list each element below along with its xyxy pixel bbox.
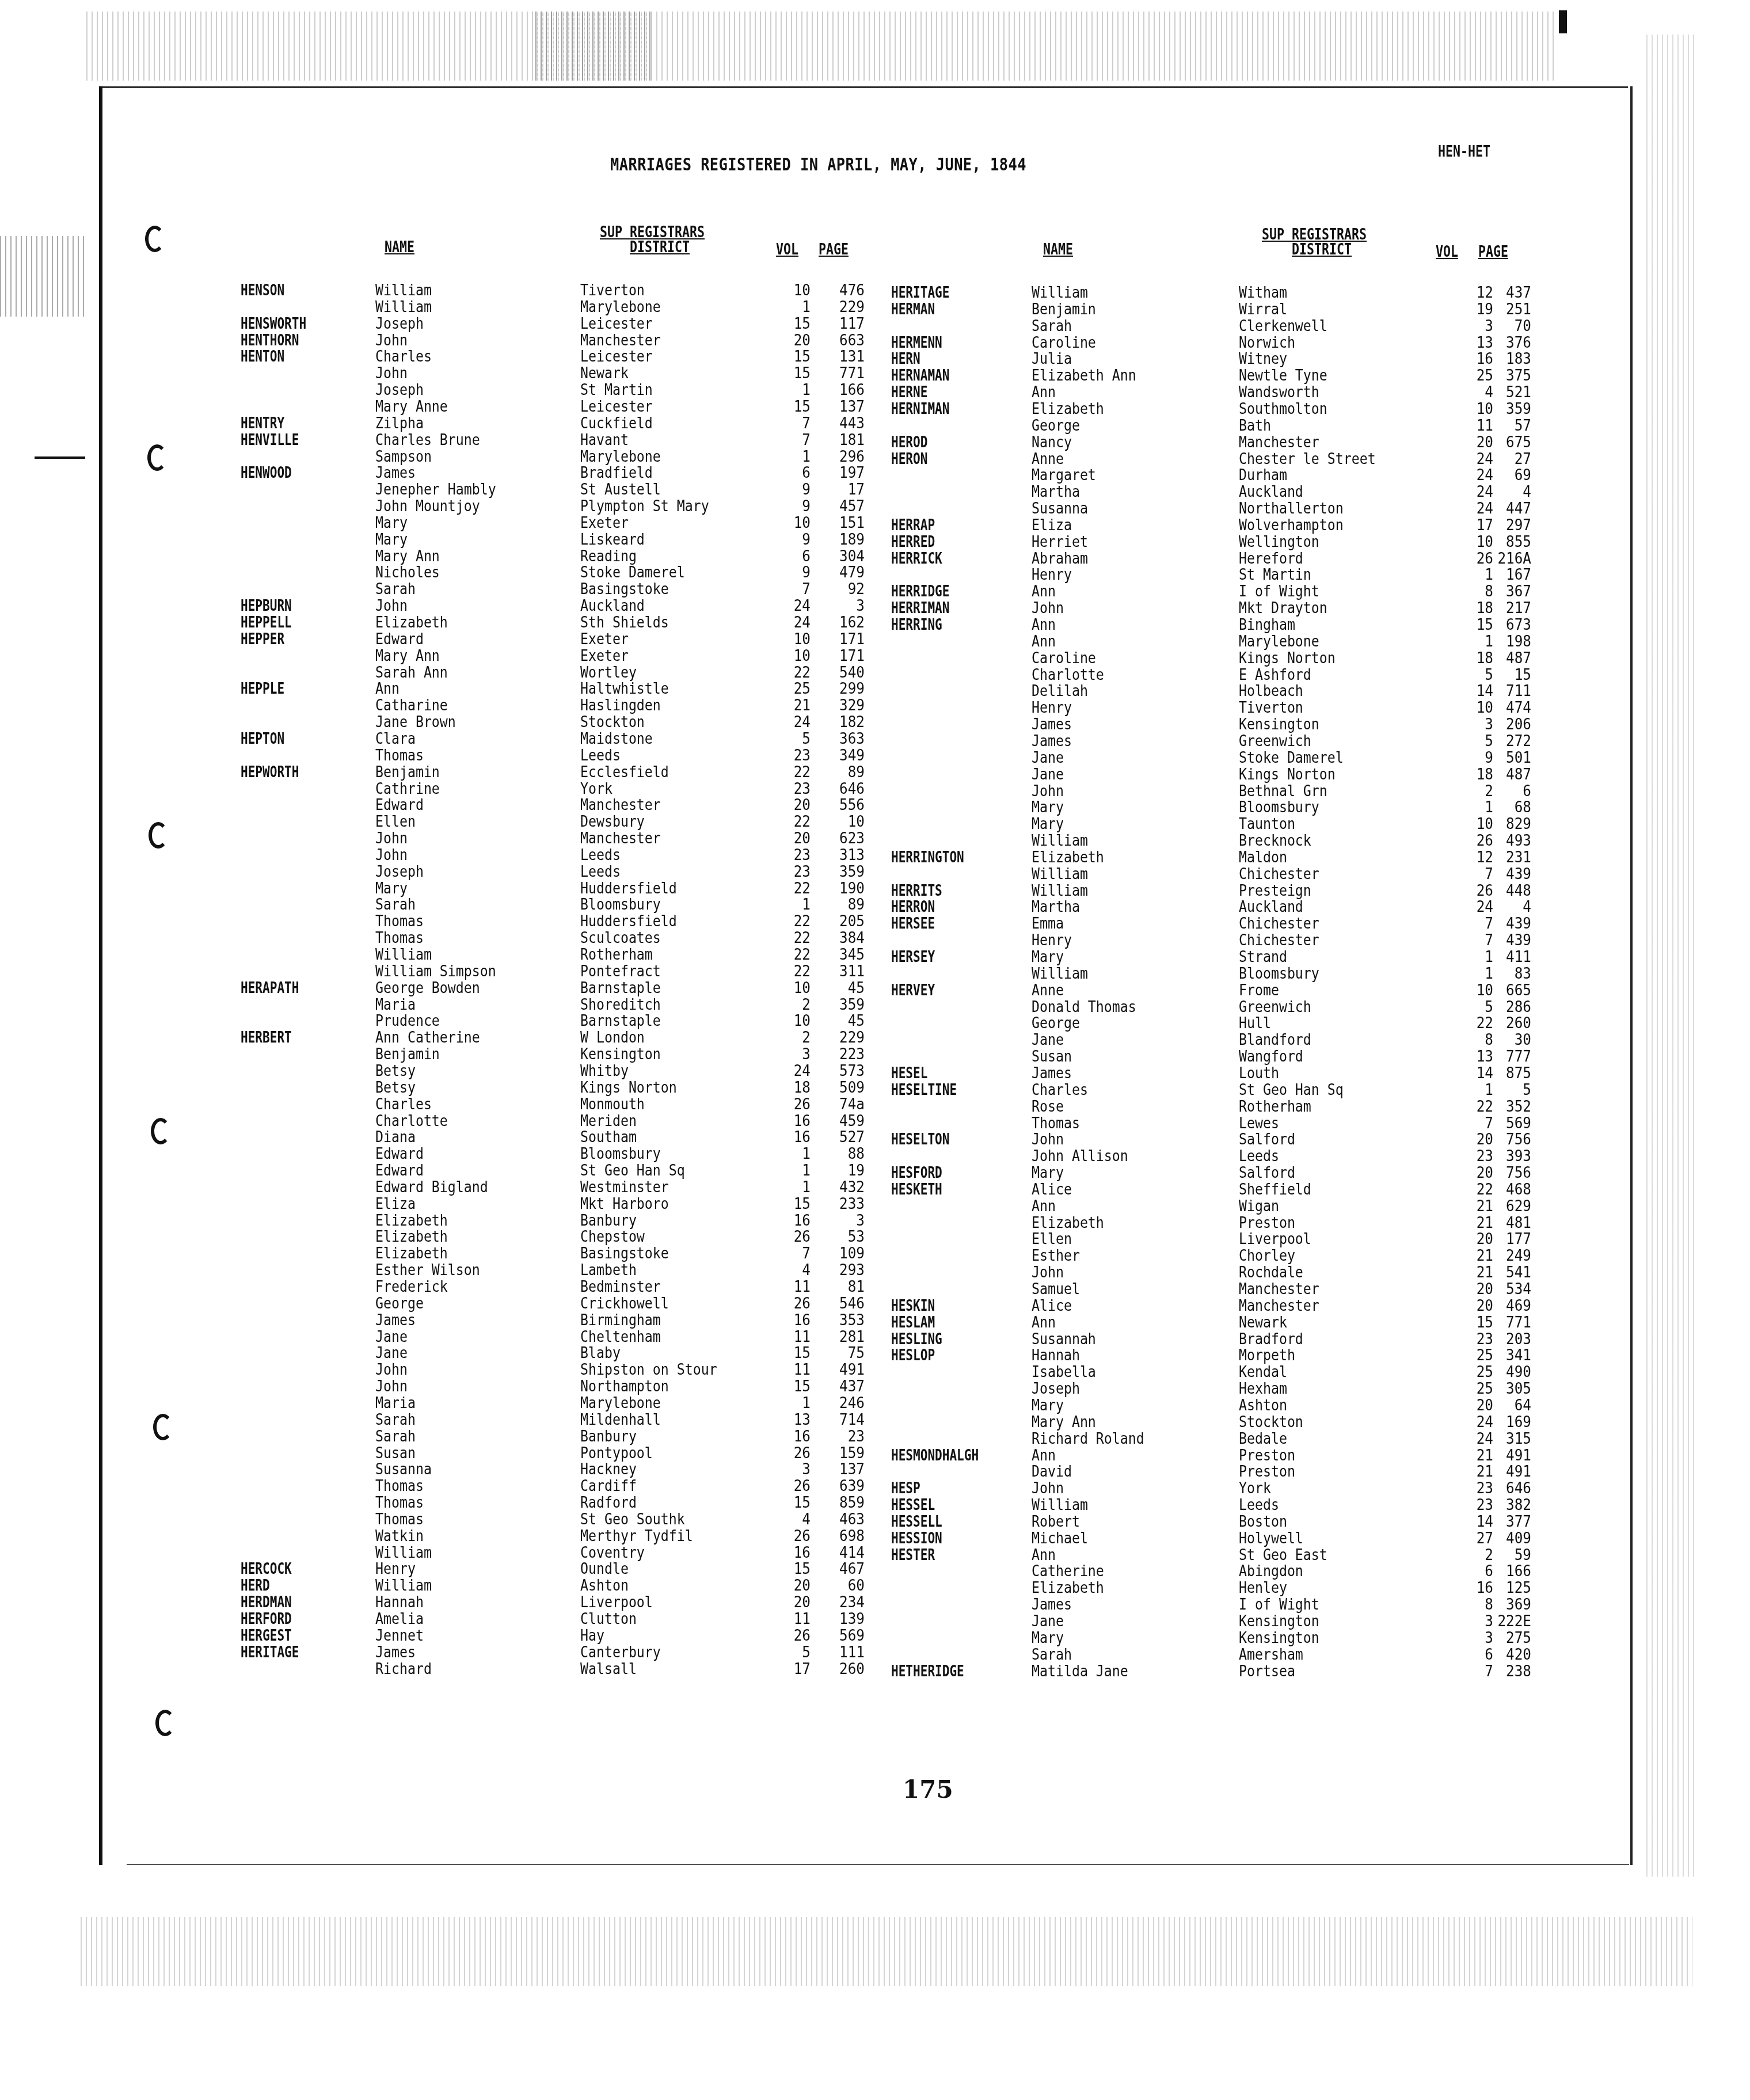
page-reference: 89 (823, 764, 865, 781)
page-reference: 281 (823, 1329, 865, 1345)
register-entry-row: HEPPLEAnnHaltwhistle25299 (241, 680, 865, 697)
forename: John (1032, 1480, 1064, 1497)
forename: William Simpson (375, 963, 496, 980)
page-reference: 439 (1490, 932, 1531, 949)
register-entry-row: HERRITSWilliamPresteign26448 (891, 882, 1531, 899)
forename: Jane (375, 1345, 408, 1361)
register-entry-row: HERRICKAbrahamHereford26216A (891, 550, 1531, 567)
forename: Mary (1032, 1397, 1064, 1414)
surname: HERRAP (891, 517, 935, 534)
page-reference: 352 (1490, 1098, 1531, 1115)
volume-number: 1 (779, 448, 811, 465)
page-reference: 474 (1490, 699, 1531, 716)
forename: John (1032, 1264, 1064, 1281)
register-entry-row: Edward BiglandWestminster1432 (241, 1179, 865, 1196)
page-reference: 57 (1490, 417, 1531, 434)
forename: David (1032, 1463, 1072, 1480)
registration-district: Portsea (1239, 1663, 1295, 1680)
registration-district: Basingstoke (580, 1245, 669, 1262)
page-reference: 476 (823, 282, 865, 299)
registration-district: Blaby (580, 1345, 621, 1361)
page-reference: 490 (1490, 1364, 1531, 1380)
page-reference: 197 (823, 465, 865, 481)
register-entry-row: MarthaAuckland244 (891, 484, 1531, 500)
registration-district: Taunton (1239, 816, 1295, 832)
forename: Charles (375, 348, 432, 365)
registration-district: Ashton (580, 1577, 629, 1594)
forename: John Mountjoy (375, 498, 480, 515)
page-reference: 646 (823, 781, 865, 797)
registration-district: Tiverton (1239, 699, 1303, 716)
forename: Jane (1032, 750, 1064, 766)
registration-district: Oundle (580, 1561, 629, 1577)
volume-number: 26 (779, 1627, 811, 1644)
forename: John Allison (1032, 1148, 1128, 1165)
register-entry-row: MariaShoreditch2359 (241, 996, 865, 1013)
surname: HERCOCK (241, 1561, 292, 1577)
page-reference: 223 (823, 1046, 865, 1063)
page-reference: 457 (823, 498, 865, 515)
registration-district: Mkt Drayton (1239, 600, 1327, 617)
volume-number: 22 (1462, 1181, 1493, 1198)
registration-district: Preston (1239, 1447, 1295, 1464)
page-reference: 459 (823, 1113, 865, 1129)
header-page-right: PAGE (1478, 243, 1508, 261)
forename: Susan (1032, 1048, 1072, 1065)
surname: HESTER (891, 1547, 935, 1563)
page-reference: 491 (1490, 1447, 1531, 1464)
registration-district: Leicester (580, 348, 653, 365)
page-reference: 569 (823, 1627, 865, 1644)
register-entry-row: CharlesMonmouth2674a (241, 1096, 865, 1113)
page-edge-right (1630, 86, 1633, 1865)
registration-district: Plympton St Mary (580, 498, 709, 515)
volume-number: 18 (1462, 600, 1493, 617)
registration-district: Kings Norton (1239, 650, 1336, 667)
register-entry-row: HERNEAnnWandsworth4521 (891, 384, 1531, 401)
volume-number: 16 (1462, 351, 1493, 367)
volume-number: 3 (779, 1046, 811, 1063)
register-entry-row: MaryAshton2064 (891, 1397, 1531, 1414)
forename: Sarah (1032, 1646, 1072, 1663)
register-entry-row: JohnLeeds23313 (241, 847, 865, 863)
volume-number: 20 (1462, 1298, 1493, 1314)
register-entry-row: RoseRotherham22352 (891, 1098, 1531, 1115)
registration-district: Exeter (580, 648, 629, 664)
volume-number: 10 (1462, 401, 1493, 417)
registration-district: Rotherham (580, 946, 653, 963)
forename: Edward (375, 631, 424, 648)
volume-number: 10 (779, 1013, 811, 1029)
page-reference: 189 (823, 531, 865, 548)
registration-district: Reading (580, 548, 637, 565)
register-entry-row: EstherChorley21249 (891, 1247, 1531, 1264)
registration-district: Basingstoke (580, 581, 669, 598)
registration-district: Pontefract (580, 963, 661, 980)
volume-number: 1 (1462, 949, 1493, 965)
margin-rule-mark (35, 456, 85, 459)
page-reference: 217 (1490, 600, 1531, 617)
forename: Maria (375, 1395, 416, 1412)
page-reference: 777 (1490, 1048, 1531, 1065)
forename: Joseph (375, 863, 424, 880)
registration-district: Auckland (1239, 899, 1303, 915)
forename: Elizabeth (1032, 1215, 1104, 1231)
forename: Ann Catherine (375, 1029, 480, 1046)
register-entry-row: HERMANBenjaminWirral19251 (891, 301, 1531, 318)
volume-number: 7 (1462, 866, 1493, 882)
registration-district: Shoreditch (580, 996, 661, 1013)
register-entry-row: HEPPELLElizabethSth Shields24162 (241, 614, 865, 631)
registration-district: Louth (1239, 1065, 1279, 1082)
register-entry-row: HENTRYZilphaCuckfield7443 (241, 415, 865, 432)
forename: Henry (1032, 566, 1072, 583)
volume-number: 21 (1462, 1247, 1493, 1264)
registration-district: Cardiff (580, 1478, 637, 1494)
volume-number: 18 (779, 1079, 811, 1096)
volume-number: 1 (779, 299, 811, 315)
forename: Eliza (1032, 517, 1072, 534)
volume-number: 10 (1462, 816, 1493, 832)
page-reference: 68 (1490, 799, 1531, 816)
surname: HENTON (241, 348, 284, 365)
forename: Edward Bigland (375, 1179, 488, 1196)
surname: HERNE (891, 384, 927, 401)
register-entry-row: DianaSoutham16527 (241, 1129, 865, 1146)
register-entry-row: Esther WilsonLambeth4293 (241, 1262, 865, 1279)
page-reference: 260 (823, 1661, 865, 1677)
volume-number: 11 (779, 1279, 811, 1295)
volume-number: 27 (1462, 1530, 1493, 1547)
register-entry-row: BetsyKings Norton18509 (241, 1079, 865, 1096)
volume-number: 6 (779, 548, 811, 565)
page-reference: 534 (1490, 1281, 1531, 1298)
registration-district: Southmolton (1239, 401, 1327, 417)
register-entry-row: Donald ThomasGreenwich5286 (891, 999, 1531, 1015)
registration-district: Marylebone (1239, 633, 1319, 650)
volume-number: 3 (779, 1461, 811, 1478)
register-entry-row: HESFORDMarySalford20756 (891, 1165, 1531, 1181)
volume-number: 24 (1462, 500, 1493, 517)
page-reference: 251 (1490, 301, 1531, 318)
register-entry-row: HenryChichester7439 (891, 932, 1531, 949)
page-reference: 329 (823, 697, 865, 714)
forename: Thomas (375, 913, 424, 930)
page-reference: 5 (1490, 1082, 1531, 1098)
register-entry-row: HERONAnneChester le Street2427 (891, 451, 1531, 467)
forename: Jane (1032, 1032, 1064, 1048)
surname: HERGEST (241, 1627, 292, 1644)
page-reference: 111 (823, 1644, 865, 1661)
register-entry-row: MaryKensington3275 (891, 1630, 1531, 1646)
surname: HESELTINE (891, 1082, 957, 1098)
volume-number: 10 (779, 631, 811, 648)
page-reference: 222E (1490, 1613, 1531, 1630)
forename: Sarah (375, 1412, 416, 1428)
register-entry-row: HEPBURNJohnAuckland243 (241, 598, 865, 614)
page-reference: 198 (1490, 633, 1531, 650)
register-entry-row: HenryTiverton10474 (891, 699, 1531, 716)
page-reference: 341 (1490, 1347, 1531, 1364)
surname: HENVILLE (241, 432, 299, 448)
register-entry-row: HERCOCKHenryOundle15467 (241, 1561, 865, 1577)
forename: Mary (1032, 816, 1064, 832)
forename: Ann (1032, 1314, 1056, 1331)
forename: Elizabeth Ann (1032, 367, 1136, 384)
registration-district: Preston (1239, 1215, 1295, 1231)
forename: Joseph (375, 382, 424, 398)
volume-number: 22 (779, 664, 811, 681)
page-reference: 19 (823, 1162, 865, 1179)
forename: Charlotte (1032, 667, 1104, 683)
page-reference: 6 (1490, 783, 1531, 800)
volume-number: 10 (779, 282, 811, 299)
registration-district: Kings Norton (1239, 766, 1336, 783)
volume-number: 10 (1462, 534, 1493, 550)
registration-district: Westminster (580, 1179, 669, 1196)
surname: HERD (241, 1577, 270, 1594)
registration-district: Merthyr Tydfil (580, 1528, 693, 1544)
forename: Ann (1032, 1447, 1056, 1464)
volume-number: 21 (779, 697, 811, 714)
forename: Clara (375, 731, 416, 747)
forename: Caroline (1032, 650, 1096, 667)
volume-number: 10 (1462, 699, 1493, 716)
register-entry-row: EllenDewsbury2210 (241, 813, 865, 830)
surname: HESSEL (891, 1497, 935, 1513)
register-entry-row: HESLAMAnnNewark15771 (891, 1314, 1531, 1331)
volume-number: 14 (1462, 683, 1493, 699)
volume-number: 22 (779, 963, 811, 980)
registration-district: Birmingham (580, 1312, 661, 1329)
register-entry-row: JaneBlaby1575 (241, 1345, 865, 1361)
page-reference: 81 (823, 1279, 865, 1295)
register-entry-row: HEPPEREdwardExeter10171 (241, 631, 865, 648)
page-edge-bottom (127, 1864, 1629, 1865)
volume-number: 24 (1462, 467, 1493, 484)
volume-number: 17 (1462, 517, 1493, 534)
volume-number: 18 (1462, 766, 1493, 783)
forename: William (1032, 284, 1088, 301)
page-reference: 53 (823, 1228, 865, 1245)
forename: William (375, 946, 432, 963)
volume-number: 20 (1462, 434, 1493, 451)
forename: George (1032, 417, 1080, 434)
punch-hole-mark (145, 226, 165, 252)
register-entry-row: HESLOPHannahMorpeth25341 (891, 1347, 1531, 1364)
page-reference: 75 (823, 1345, 865, 1361)
surname: HERRINGTON (891, 849, 964, 866)
forename: James (375, 465, 416, 481)
register-entry-row: EdwardSt Geo Han Sq119 (241, 1162, 865, 1179)
page-reference: 45 (823, 1013, 865, 1029)
registration-district: Pontypool (580, 1445, 653, 1462)
page-reference: 206 (1490, 716, 1531, 733)
registration-district: Newtle Tyne (1239, 367, 1327, 384)
forename: Susanna (1032, 500, 1088, 517)
page-reference: 420 (1490, 1646, 1531, 1663)
forename: Sarah (375, 581, 416, 598)
registration-district: Haslingden (580, 697, 661, 714)
page-reference: 469 (1490, 1298, 1531, 1314)
registration-district: Hackney (580, 1461, 637, 1478)
forename: James (1032, 1596, 1072, 1613)
register-entry-row: RichardWalsall17260 (241, 1661, 865, 1677)
registration-district: Leeds (580, 863, 621, 880)
page-reference: 771 (1490, 1314, 1531, 1331)
page-reference: 171 (823, 631, 865, 648)
register-entry-row: SarahBasingstoke792 (241, 581, 865, 598)
page-reference: 182 (823, 714, 865, 731)
register-entry-row: ElizaMkt Harboro15233 (241, 1196, 865, 1212)
forename: Susanna (375, 1461, 432, 1478)
forename: James (1032, 716, 1072, 733)
forename: Julia (1032, 351, 1072, 367)
registration-district: Radford (580, 1494, 637, 1511)
page-reference: 629 (1490, 1198, 1531, 1215)
forename: Susan (375, 1445, 416, 1462)
registration-district: St Geo Southk (580, 1511, 685, 1528)
surname: HENWOOD (241, 465, 292, 481)
forename: William (1032, 1497, 1088, 1513)
register-entry-row: ElizabethBasingstoke7109 (241, 1245, 865, 1262)
volume-number: 24 (779, 614, 811, 631)
registration-district: St Martin (580, 382, 653, 398)
volume-number: 20 (1462, 1397, 1493, 1414)
volume-number: 7 (1462, 1115, 1493, 1132)
forename: Charlotte (375, 1113, 448, 1129)
volume-number: 21 (1462, 1463, 1493, 1480)
registration-district: Hull (1239, 1015, 1271, 1032)
page-reference: 229 (823, 299, 865, 315)
page-reference: 349 (823, 747, 865, 764)
registration-district: Henley (1239, 1580, 1287, 1596)
forename: Thomas (375, 1494, 424, 1511)
page-reference: 238 (1490, 1663, 1531, 1680)
registration-district: Lewes (1239, 1115, 1279, 1132)
volume-number: 1 (779, 1395, 811, 1412)
registration-district: Liskeard (580, 531, 645, 548)
register-entry-row: JohnNewark15771 (241, 365, 865, 382)
register-entry-row: WilliamBloomsbury183 (891, 965, 1531, 982)
forename: James (375, 1644, 416, 1661)
volume-number: 10 (1462, 982, 1493, 999)
page-reference: 556 (823, 797, 865, 813)
registration-district: Canterbury (580, 1644, 661, 1661)
page-reference: 639 (823, 1478, 865, 1494)
page-reference: 467 (823, 1561, 865, 1577)
page-reference: 359 (823, 996, 865, 1013)
forename: James (1032, 733, 1072, 750)
register-entry-row: Mary AnnExeter10171 (241, 648, 865, 664)
page-reference: 181 (823, 432, 865, 448)
forename: John (375, 830, 408, 847)
volume-number: 15 (779, 348, 811, 365)
registration-district: Salford (1239, 1131, 1295, 1148)
register-entry-row: HERDWilliamAshton2060 (241, 1577, 865, 1594)
page-reference: 491 (823, 1361, 865, 1378)
page-reference: 573 (823, 1063, 865, 1079)
register-entry-row: SamuelManchester20534 (891, 1281, 1531, 1298)
scan-noise-dark-patch (535, 12, 650, 81)
register-entry-row: WilliamBrecknock26493 (891, 832, 1531, 849)
page-reference: 875 (1490, 1065, 1531, 1082)
registration-district: Auckland (580, 598, 645, 614)
forename: Emma (1032, 915, 1064, 932)
page-reference: 376 (1490, 334, 1531, 351)
registration-district: Leeds (580, 747, 621, 764)
forename: Jane (1032, 1613, 1064, 1630)
page-reference: 166 (1490, 1563, 1531, 1580)
register-entry-row: GeorgeCrickhowell26546 (241, 1295, 865, 1312)
forename: Alice (1032, 1181, 1072, 1198)
page-reference: 17 (823, 481, 865, 498)
registration-district: Leeds (1239, 1148, 1279, 1165)
volume-number: 5 (779, 1644, 811, 1661)
register-entry-row: HESKINAliceManchester20469 (891, 1298, 1531, 1314)
page-reference: 60 (823, 1577, 865, 1594)
registration-district: Presteign (1239, 882, 1311, 899)
volume-number: 10 (779, 648, 811, 664)
volume-number: 3 (1462, 318, 1493, 334)
forename: Eliza (375, 1196, 416, 1212)
registration-district: Amersham (1239, 1646, 1303, 1663)
page-reference: 546 (823, 1295, 865, 1312)
register-entry-row: BenjaminKensington3223 (241, 1046, 865, 1063)
registration-district: Manchester (1239, 1281, 1319, 1298)
forename: James (375, 1312, 416, 1329)
registration-district: Coventry (580, 1544, 645, 1561)
page-reference: 59 (1490, 1547, 1531, 1563)
punch-hole-mark (147, 444, 167, 471)
page-reference: 260 (1490, 1015, 1531, 1032)
punch-hole-mark (149, 822, 168, 849)
forename: Anne (1032, 451, 1064, 467)
registration-district: Shipston on Stour (580, 1361, 717, 1378)
register-entry-row: CarolineKings Norton18487 (891, 650, 1531, 667)
register-entry-row: ElizabethBanbury163 (241, 1212, 865, 1229)
page-reference: 439 (1490, 866, 1531, 882)
register-entry-row: HERRONMarthaAuckland244 (891, 899, 1531, 915)
page-reference: 623 (823, 830, 865, 847)
forename: George Bowden (375, 980, 480, 996)
page-reference: 137 (823, 398, 865, 415)
register-entry-row: HESSELWilliamLeeds23382 (891, 1497, 1531, 1513)
volume-number: 2 (1462, 783, 1493, 800)
header-name-right: NAME (1043, 241, 1073, 258)
forename: Mary (375, 880, 408, 897)
volume-number: 15 (1462, 617, 1493, 633)
volume-number: 26 (1462, 882, 1493, 899)
page-reference: 70 (1490, 318, 1531, 334)
page-reference: 69 (1490, 467, 1531, 484)
volume-number: 8 (1462, 1032, 1493, 1048)
registration-district: Tiverton (580, 282, 645, 299)
registration-district: Kendal (1239, 1364, 1287, 1380)
page-reference: 177 (1490, 1231, 1531, 1247)
page-reference: 463 (823, 1511, 865, 1528)
register-entry-row: JohnNorthampton15437 (241, 1378, 865, 1395)
register-entry-row: JamesI of Wight8369 (891, 1596, 1531, 1613)
registration-district: I of Wight (1239, 583, 1319, 600)
register-entry-row: JosephSt Martin1166 (241, 382, 865, 398)
page-reference: 432 (823, 1179, 865, 1196)
volume-number: 5 (1462, 667, 1493, 683)
punch-hole-mark (153, 1414, 173, 1440)
volume-number: 6 (779, 465, 811, 481)
register-entry-row: JamesGreenwich5272 (891, 733, 1531, 750)
page-reference: 487 (1490, 650, 1531, 667)
